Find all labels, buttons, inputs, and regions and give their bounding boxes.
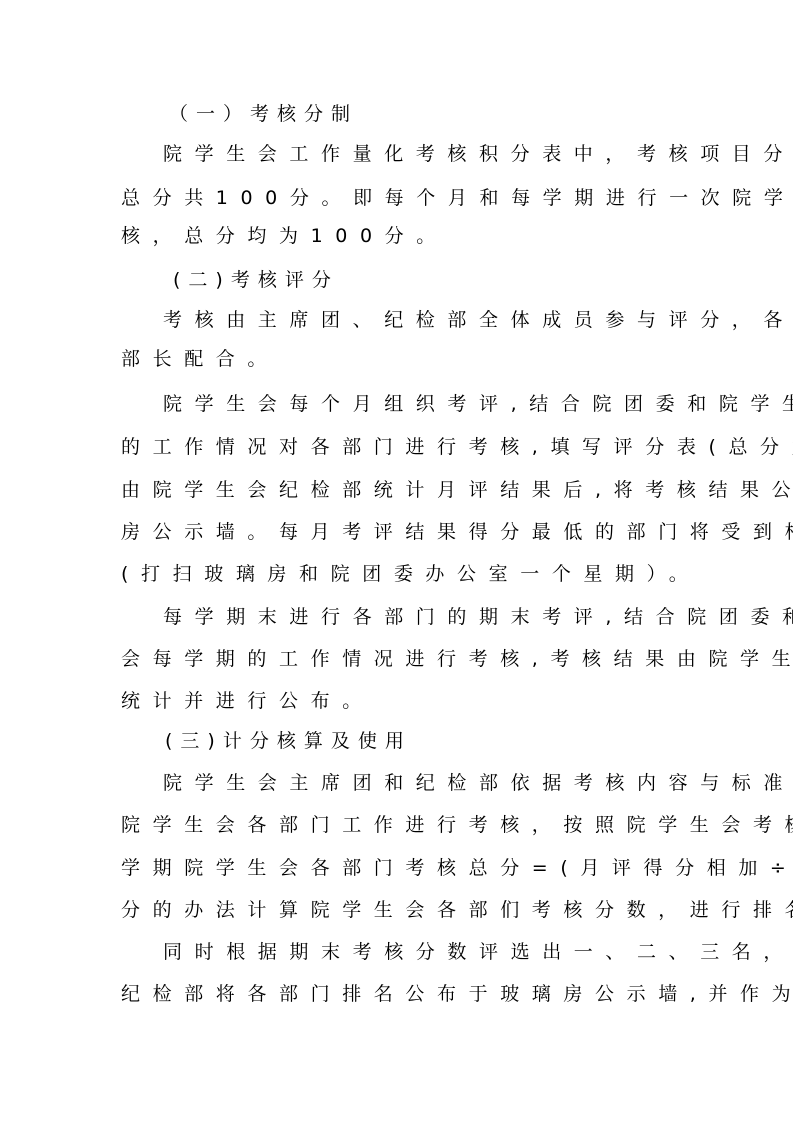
paragraph-first-line: 考核由主席团、纪检部全体成员参与评分，各部门正副 [121, 310, 793, 330]
paragraph-first-line: 院学生会主席团和纪检部依据考核内容与标准分别对 [121, 773, 793, 793]
paragraph-line: 院学生会各部门工作进行考核，按照院学生会考核办法，每 [121, 815, 793, 835]
paragraph-first-line: 每学期末进行各部门的期末考评,结合院团委和院学生 [121, 607, 793, 627]
paragraph-line: 核，总分均为100分。 [121, 226, 448, 246]
paragraph-line: 学期院学生会各部门考核总分=(月评得分相加÷4）+附加 [121, 858, 793, 878]
paragraph-line: 总分共100分。即每个月和每学期进行一次院学生会部门考 [121, 188, 793, 208]
paragraph-line: 会每学期的工作情况进行考核,考核结果由院学生会纪检部 [121, 649, 793, 669]
paragraph-first-line: 院学生会每个月组织考评,结合院团委和院学生会每月 [121, 394, 793, 414]
paragraph-line: 分的办法计算院学生会各部们考核分数，进行排名。 [121, 900, 793, 920]
paragraph-line: 房公示墙。每月考评结果得分最低的部门将受到相应的惩罚 [121, 522, 793, 542]
paragraph-first-line: 同时根据期末考核分数评选出一、二、三名，院学生会 [121, 942, 793, 962]
section-heading: (二)考核评分 [121, 270, 339, 290]
paragraph-line: 由院学生会纪检部统计月评结果后,将考核结果公布于玻璃 [121, 480, 793, 500]
paragraph-line: 的工作情况对各部门进行考核,填写评分表(总分为100分), [121, 437, 793, 457]
section-heading: (三)计分核算及使用 [121, 731, 412, 751]
paragraph-line: 纪检部将各部门排名公布于玻璃房公示墙,并作为评选优秀 [121, 984, 793, 1004]
section-heading: （一）考核分制 [121, 104, 358, 124]
paragraph-line: 部长配合。 [121, 349, 279, 369]
paragraph-line: 统计并进行公布。 [121, 691, 374, 711]
paragraph-first-line: 院学生会工作量化考核积分表中，考核项目分五大类， [121, 144, 793, 164]
paragraph-line: (打扫玻璃房和院团委办公室一个星期）。 [121, 564, 700, 584]
